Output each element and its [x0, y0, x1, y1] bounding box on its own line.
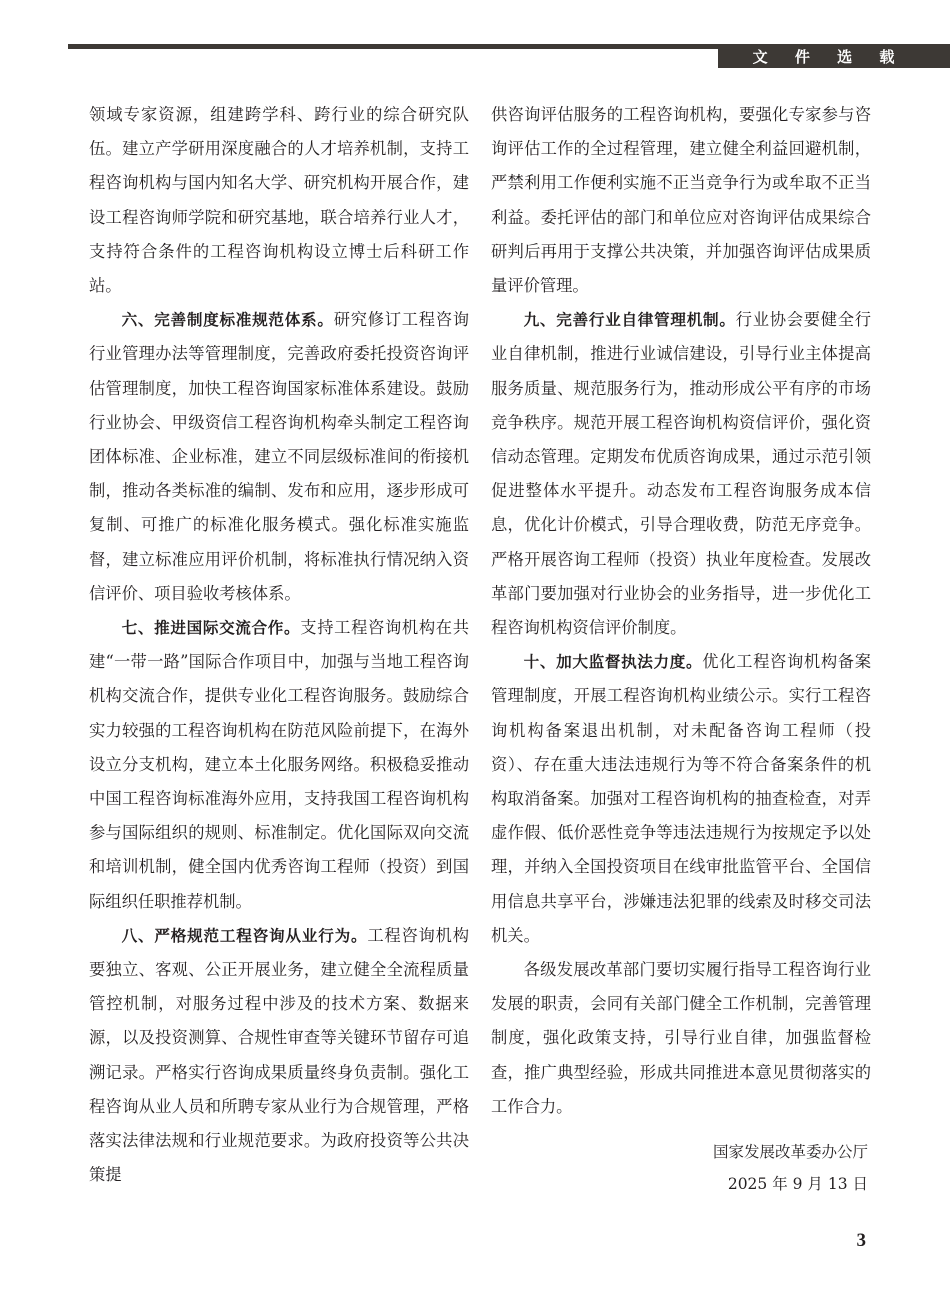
paragraph-section-9: 九、完善行业自律管理机制。行业协会要健全行业自律机制，推进行业诚信建设，引导行业…: [491, 303, 871, 645]
paragraph-text: 研究修订工程咨询行业管理办法等管理制度，完善政府委托投资咨询评估管理制度，加快工…: [89, 310, 469, 603]
signature-block: 国家发展改革委办公厅 2025 年 9 月 13 日: [713, 1136, 868, 1200]
paragraph-continued: 领域专家资源，组建跨学科、跨行业的综合研究队伍。建立产学研用深度融合的人才培养机…: [89, 98, 469, 303]
left-column: 领域专家资源，组建跨学科、跨行业的综合研究队伍。建立产学研用深度融合的人才培养机…: [89, 98, 469, 1193]
section-heading: 十、加大监督执法力度。: [524, 653, 703, 671]
paragraph-section-7: 七、推进国际交流合作。支持工程咨询机构在共建“一带一路”国际合作项目中，加强与当…: [89, 611, 469, 919]
section-heading: 六、完善制度标准规范体系。: [122, 311, 334, 329]
paragraph-continued: 供咨询评估服务的工程咨询机构，要强化专家参与咨询评估工作的全过程管理，建立健全利…: [491, 98, 871, 303]
right-column: 供咨询评估服务的工程咨询机构，要强化专家参与咨询评估工作的全过程管理，建立健全利…: [491, 98, 871, 1124]
section-heading: 九、完善行业自律管理机制。: [524, 311, 736, 329]
paragraph-text: 优化工程咨询机构备案管理制度，开展工程咨询机构业绩公示。实行工程咨询机构备案退出…: [491, 652, 871, 945]
paragraph-closing: 各级发展改革部门要切实履行指导工程咨询行业发展的职责，会同有关部门健全工作机制，…: [491, 953, 871, 1124]
paragraph-text: 供咨询评估服务的工程咨询机构，要强化专家参与咨询评估工作的全过程管理，建立健全利…: [491, 105, 871, 295]
paragraph-section-8: 八、严格规范工程咨询从业行为。工程咨询机构要独立、客观、公正开展业务，建立健全全…: [89, 919, 469, 1193]
page-number: 3: [857, 1230, 867, 1252]
issuer-name: 国家发展改革委办公厅: [713, 1136, 868, 1168]
paragraph-text: 各级发展改革部门要切实履行指导工程咨询行业发展的职责，会同有关部门健全工作机制，…: [491, 960, 871, 1116]
issue-date: 2025 年 9 月 13 日: [713, 1168, 868, 1200]
paragraph-text: 工程咨询机构要独立、客观、公正开展业务，建立健全全流程质量管控机制，对服务过程中…: [89, 926, 469, 1184]
paragraph-section-6: 六、完善制度标准规范体系。研究修订工程咨询行业管理办法等管理制度，完善政府委托投…: [89, 303, 469, 611]
paragraph-text: 支持工程咨询机构在共建“一带一路”国际合作项目中，加强与当地工程咨询机构交流合作…: [89, 618, 469, 911]
paragraph-text: 领域专家资源，组建跨学科、跨行业的综合研究队伍。建立产学研用深度融合的人才培养机…: [89, 105, 469, 295]
section-heading: 七、推进国际交流合作。: [122, 619, 301, 637]
paragraph-text: 行业协会要健全行业自律机制，推进行业诚信建设，引导行业主体提高服务质量、规范服务…: [491, 310, 871, 637]
paragraph-section-10: 十、加大监督执法力度。优化工程咨询机构备案管理制度，开展工程咨询机构业绩公示。实…: [491, 645, 871, 953]
section-label: 文 件 选 载: [718, 44, 950, 68]
section-heading: 八、严格规范工程咨询从业行为。: [122, 927, 368, 945]
